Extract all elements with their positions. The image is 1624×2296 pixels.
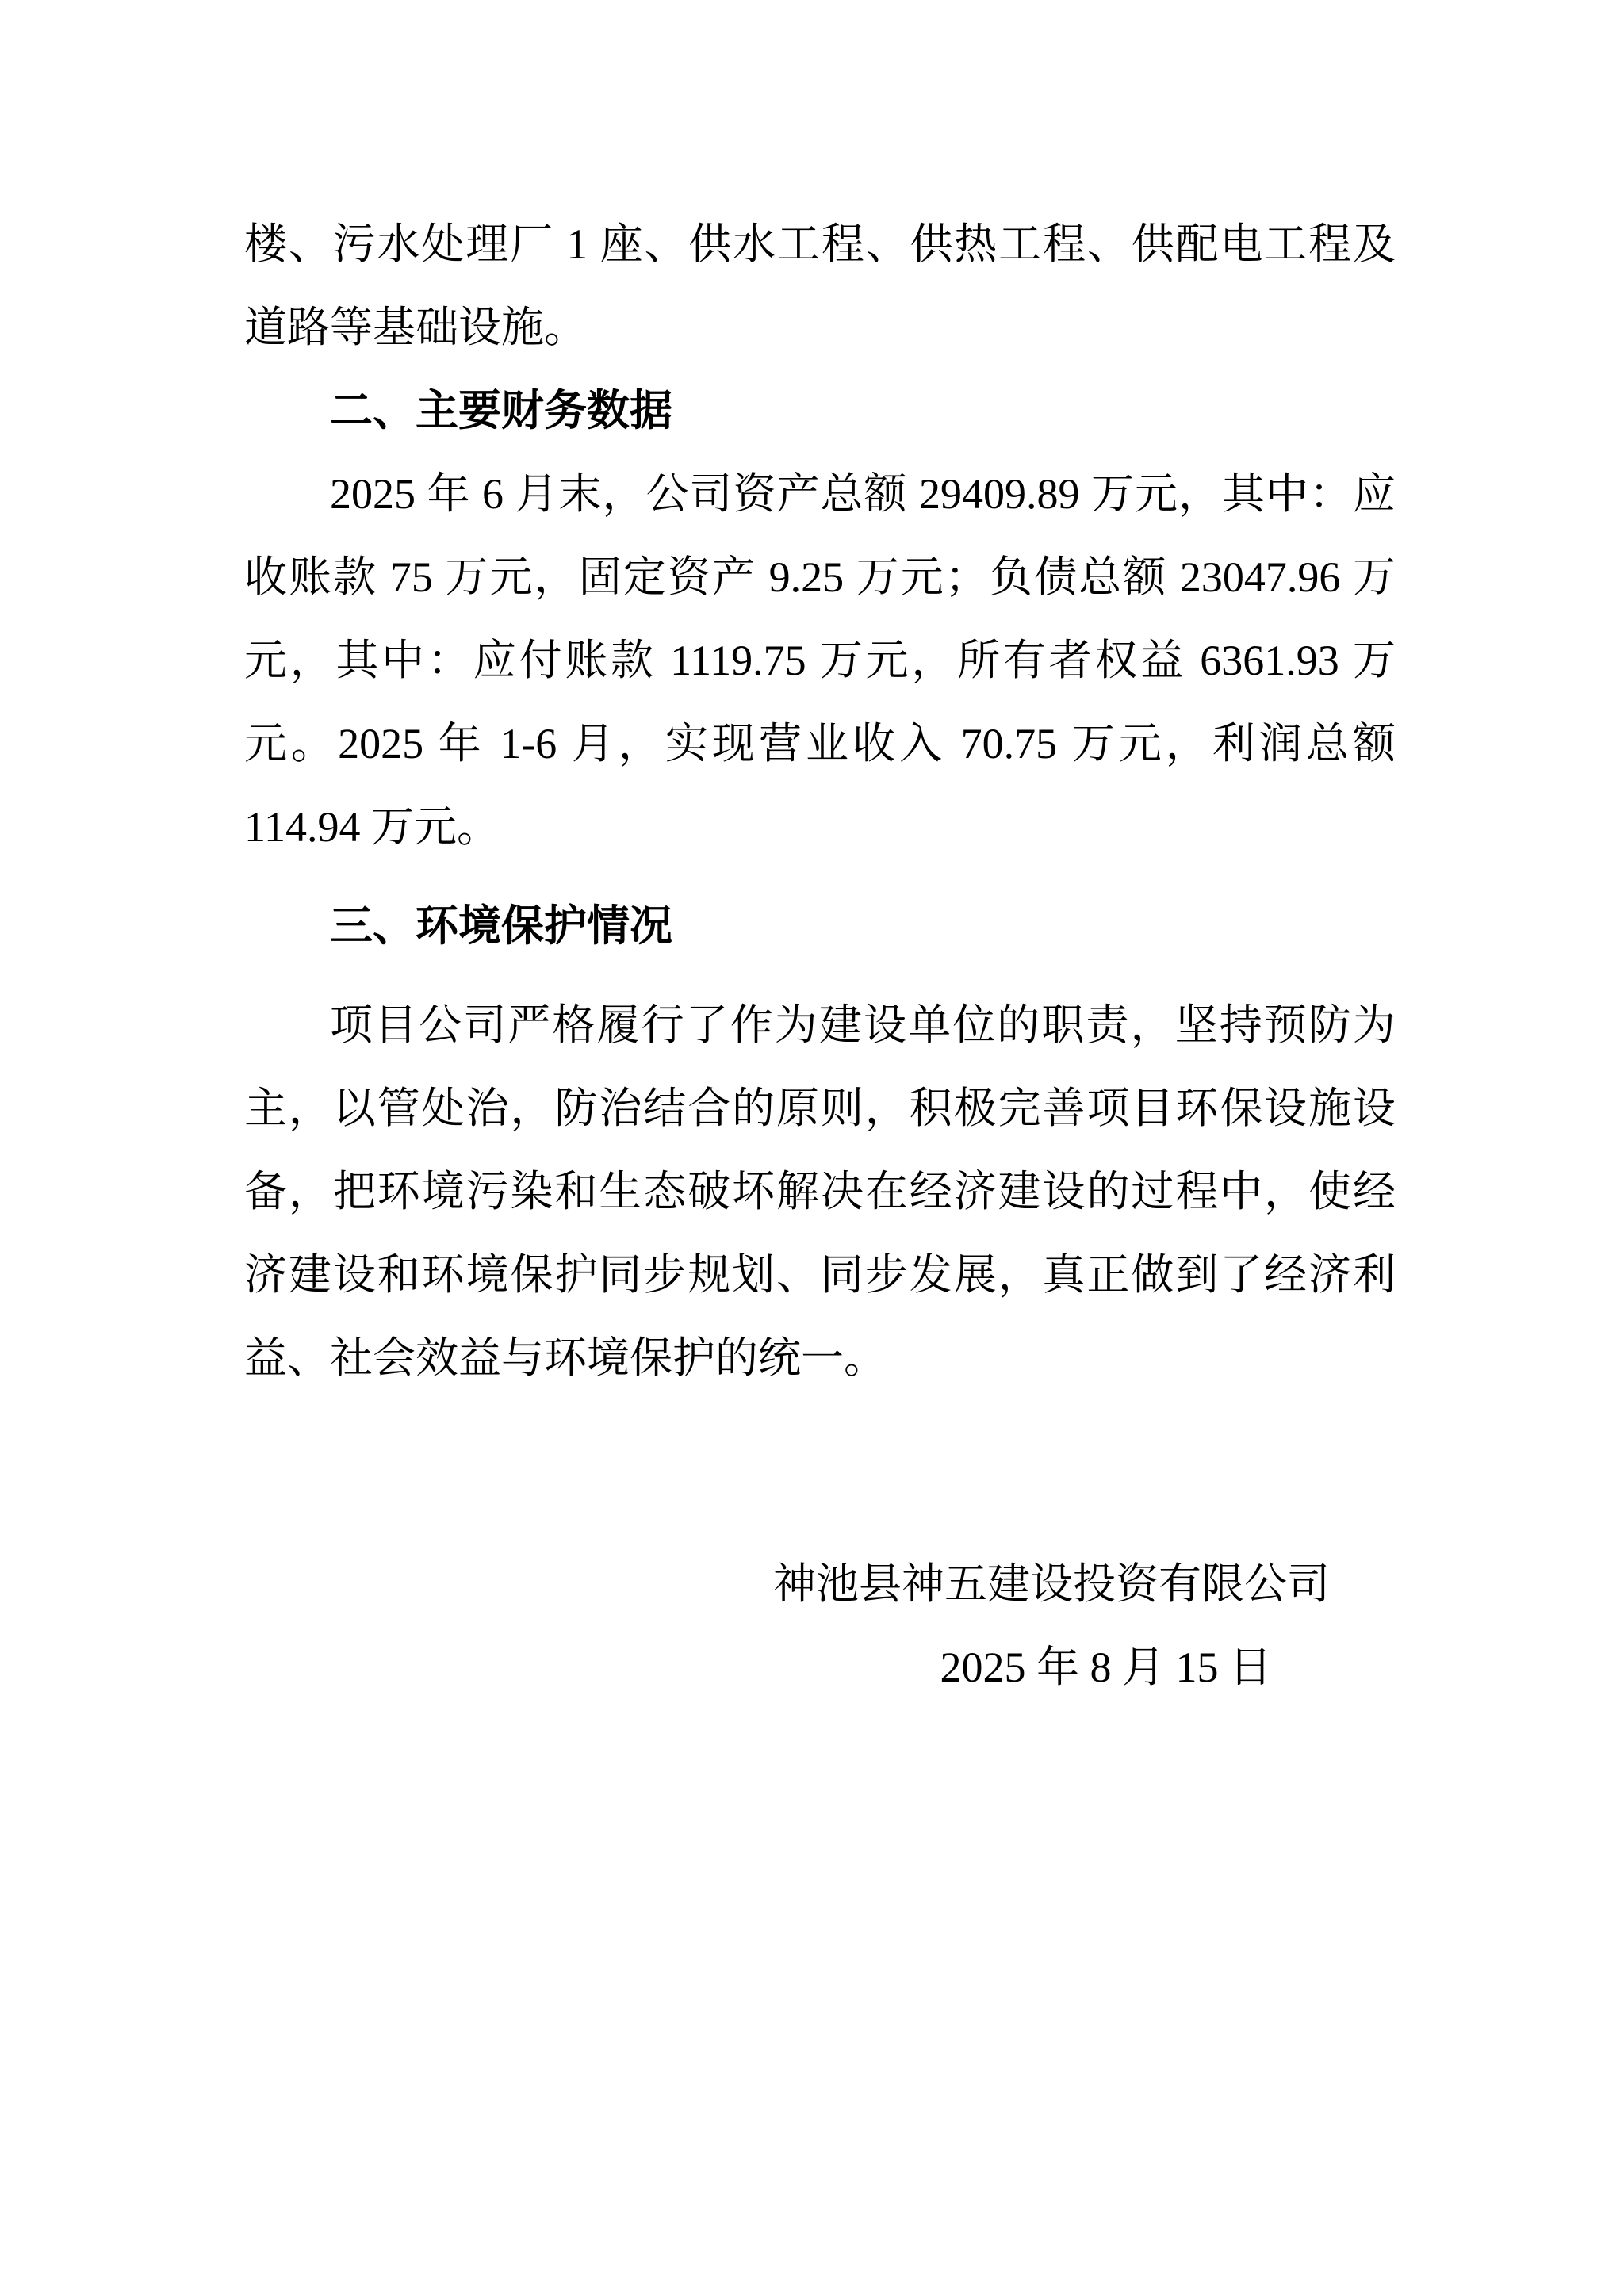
signature-date: 2025 年 8 月 15 日 bbox=[244, 1626, 1396, 1709]
section-heading-environmental-protection: 三、环境保护情况 bbox=[244, 885, 1396, 968]
signature-block: 神池县神五建设投资有限公司 2025 年 8 月 15 日 bbox=[244, 1543, 1396, 1709]
paragraph-continuation: 楼、污水处理厂 1 座、供水工程、供热工程、供配电工程及道路等基础设施。 bbox=[244, 203, 1396, 369]
section-heading-financial-data: 二、主要财务数据 bbox=[244, 369, 1396, 453]
signature-company-name: 神池县神五建设投资有限公司 bbox=[244, 1543, 1396, 1626]
document-content: 楼、污水处理厂 1 座、供水工程、供热工程、供配电工程及道路等基础设施。 二、主… bbox=[244, 203, 1396, 1709]
paragraph-financial-data: 2025 年 6 月末，公司资产总额 29409.89 万元，其中：应收账款 7… bbox=[244, 453, 1396, 869]
document-page: 楼、污水处理厂 1 座、供水工程、供热工程、供配电工程及道路等基础设施。 二、主… bbox=[0, 0, 1624, 2296]
paragraph-environmental-protection: 项目公司严格履行了作为建设单位的职责，坚持预防为主，以管处治，防治结合的原则，积… bbox=[244, 984, 1396, 1400]
